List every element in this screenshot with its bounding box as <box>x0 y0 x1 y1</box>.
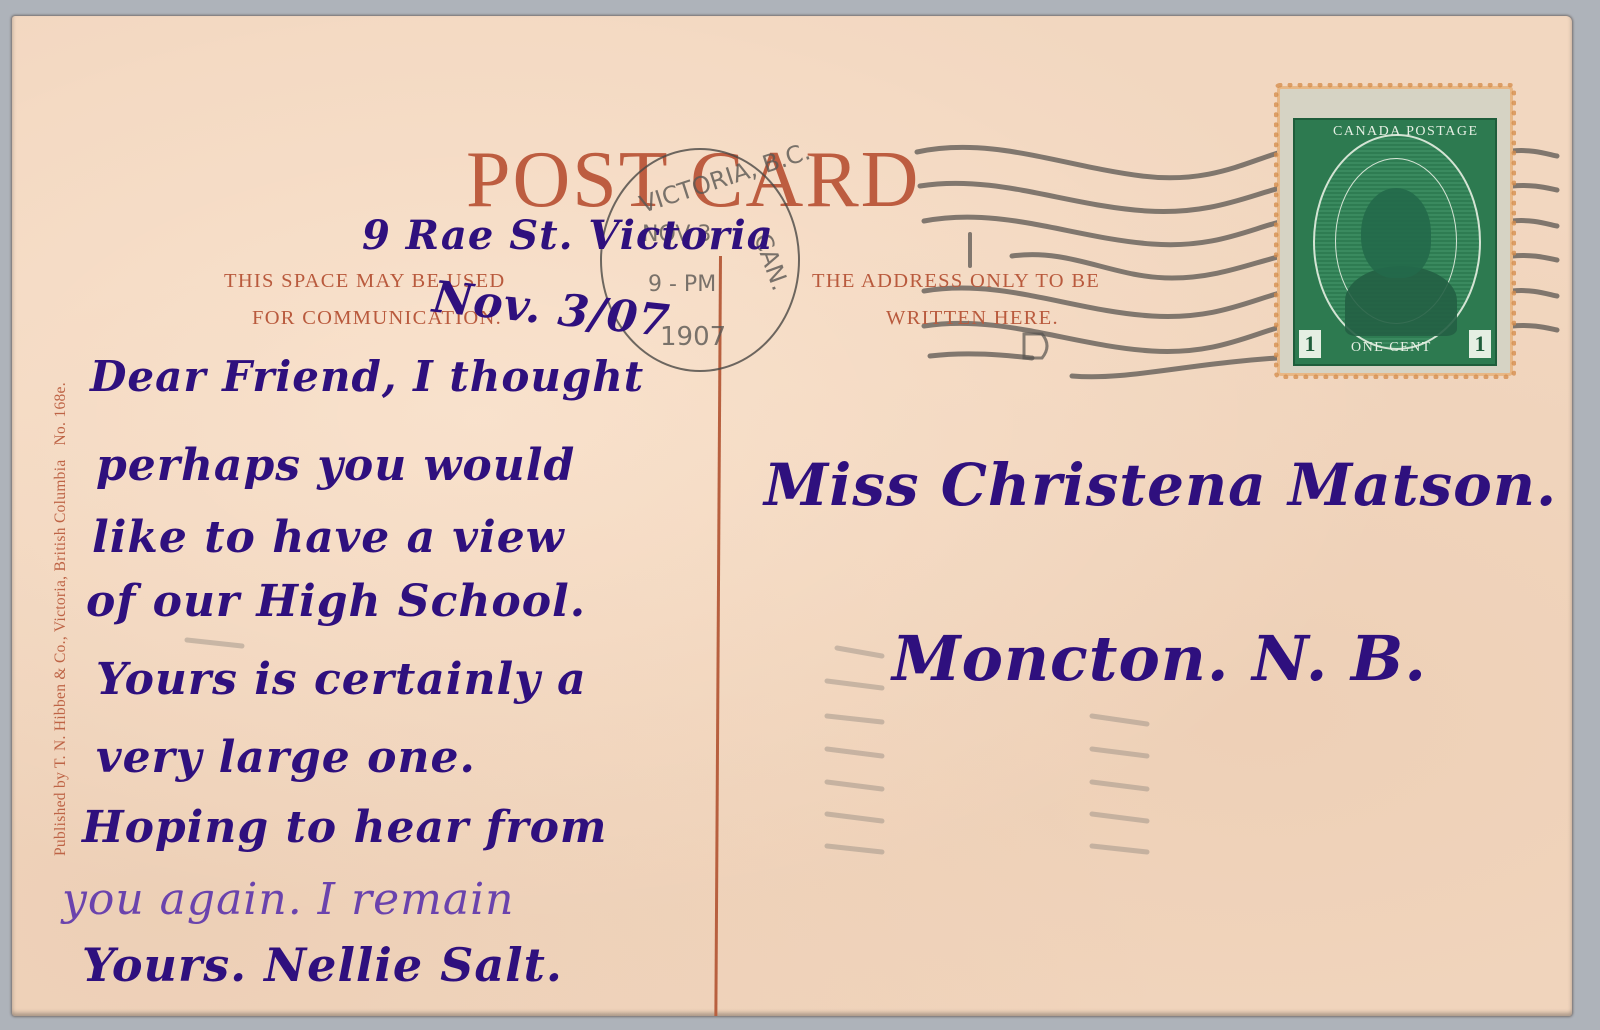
stamp-design: CANADA POSTAGE ONE CENT 1 1 <box>1293 118 1497 366</box>
postmark-time: 9 - PM <box>648 272 716 297</box>
right-instruction-line-1: THE ADDRESS ONLY TO BE <box>812 271 1100 292</box>
stamp-value-left: 1 <box>1299 330 1321 358</box>
king-head-icon <box>1361 188 1431 278</box>
message-line-1: Dear Friend, I thought <box>90 356 644 398</box>
right-instruction-line-2: WRITTEN HERE. <box>886 308 1059 329</box>
message-line-2: perhaps you would <box>96 444 575 488</box>
message-line-7: Hoping to hear from <box>82 806 607 850</box>
postage-stamp: CANADA POSTAGE ONE CENT 1 1 <box>1277 86 1513 376</box>
message-line-9-signature: Yours. Nellie Salt. <box>82 942 563 988</box>
recipient-city: Moncton. N. B. <box>892 628 1427 690</box>
stamp-footer: ONE CENT <box>1351 340 1432 356</box>
handwritten-return-address: 9 Rae St. Victoria <box>362 216 774 256</box>
stamp-value-right: 1 <box>1469 330 1491 358</box>
message-line-8: you again. I remain <box>62 878 515 922</box>
publisher-imprint: Published by T. N. Hibben & Co., Victori… <box>52 382 70 856</box>
message-line-4: of our High School. <box>86 580 586 624</box>
message-line-3: like to have a view <box>92 516 565 560</box>
postmark-year: 1907 <box>660 322 726 352</box>
recipient-name: Miss Christena Matson. <box>764 456 1557 514</box>
catalog-number: No. 168e. <box>52 382 69 445</box>
publisher-text: Published by T. N. Hibben & Co., Victori… <box>52 459 69 856</box>
message-line-6: very large one. <box>96 736 476 780</box>
stamp-header: CANADA POSTAGE <box>1333 124 1479 140</box>
message-line-5: Yours is certainly a <box>96 658 587 702</box>
postcard-back: POST CARD THIS SPACE MAY BE USED FOR COM… <box>12 16 1572 1016</box>
stamp-oval-frame <box>1313 134 1481 350</box>
